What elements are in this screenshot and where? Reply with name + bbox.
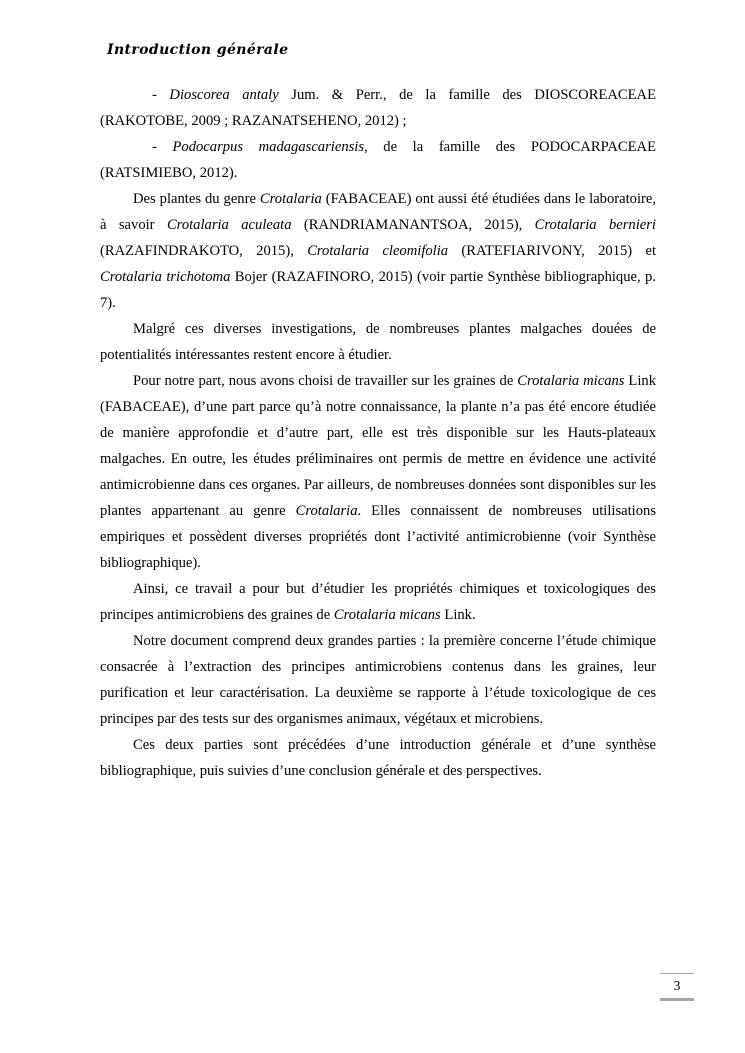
text-segment: Link.	[441, 607, 476, 623]
italic-text-segment: Crotalaria trichotoma	[100, 269, 230, 285]
document-page: Introduction générale - Dioscorea antaly…	[0, 0, 745, 1053]
paragraph: Malgré ces diverses investigations, de n…	[100, 316, 656, 368]
footer-rule-bottom	[660, 998, 694, 1001]
text-segment: Malgré ces diverses investigations, de n…	[100, 321, 656, 363]
text-segment: Des plantes du genre	[133, 191, 260, 207]
document-body: - Dioscorea antaly Jum. & Perr., de la f…	[100, 82, 656, 784]
paragraph: Ainsi, ce travail a pour but d’étudier l…	[100, 576, 656, 628]
paragraph: - Podocarpus madagascariensis, de la fam…	[100, 134, 656, 186]
italic-text-segment: Crotalaria	[296, 503, 358, 519]
text-segment: -	[152, 139, 172, 155]
page-footer: 3	[660, 973, 694, 1001]
page-header: Introduction générale	[107, 41, 288, 59]
paragraph: Notre document comprend deux grandes par…	[100, 628, 656, 732]
italic-text-segment: Crotalaria aculeata	[167, 217, 292, 233]
page-number: 3	[660, 974, 694, 998]
paragraph: - Dioscorea antaly Jum. & Perr., de la f…	[100, 82, 656, 134]
italic-text-segment: Crotalaria micans	[517, 373, 624, 389]
text-segment: Pour notre part, nous avons choisi de tr…	[133, 373, 517, 389]
running-header-title: Introduction générale	[107, 42, 288, 58]
paragraph: Des plantes du genre Crotalaria (FABACEA…	[100, 186, 656, 316]
text-segment: (RANDRIAMANANTSOA, 2015),	[292, 217, 535, 233]
text-segment: Link (FABACEAE), d’une part parce qu’à n…	[100, 373, 656, 519]
text-segment: Ces deux parties sont précédées d’une in…	[100, 737, 656, 779]
paragraph: Pour notre part, nous avons choisi de tr…	[100, 368, 656, 576]
text-segment: -	[152, 87, 169, 103]
italic-text-segment: Dioscorea antaly	[169, 87, 278, 103]
italic-text-segment: Crotalaria	[260, 191, 322, 207]
text-segment: (RATEFIARIVONY, 2015) et	[448, 243, 656, 259]
italic-text-segment: Crotalaria micans	[334, 607, 441, 623]
italic-text-segment: Crotalaria bernieri	[535, 217, 656, 233]
text-segment: (RAZAFINDRAKOTO, 2015),	[100, 243, 307, 259]
text-segment: Notre document comprend deux grandes par…	[100, 633, 656, 727]
paragraph: Ces deux parties sont précédées d’une in…	[100, 732, 656, 784]
italic-text-segment: Crotalaria cleomifolia	[307, 243, 448, 259]
italic-text-segment: Podocarpus madagascariensis	[172, 139, 364, 155]
